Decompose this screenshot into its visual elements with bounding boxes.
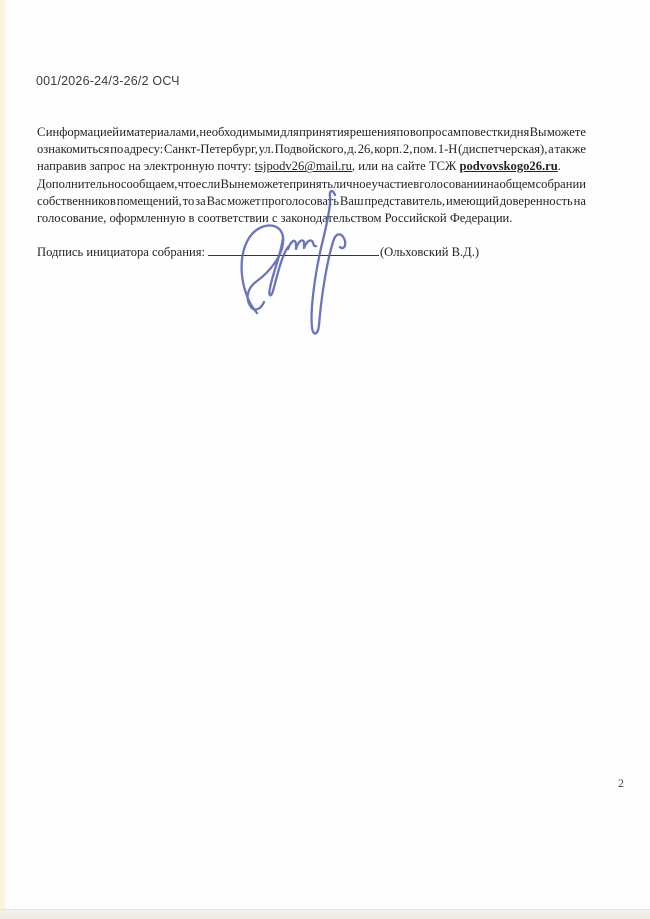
paragraph-line: ознакомиться по адресу: Санкт-Петербург,…: [37, 141, 586, 158]
paragraph-line: голосование, оформленную в соответствии …: [37, 210, 586, 227]
page-number: 2: [618, 776, 624, 791]
document-number: 001/2026-24/3-26/2 ОСЧ: [36, 74, 180, 88]
email-address: tsjpodv26@mail.ru: [255, 159, 352, 173]
paragraph-line: собственников помещений, то за Вас может…: [37, 193, 586, 210]
scan-edge-left: [0, 0, 8, 919]
document-page: 001/2026-24/3-26/2 ОСЧ С информацией и м…: [0, 0, 650, 919]
scan-edge-bottom: [0, 909, 650, 919]
body-text: С информацией и материалами, необходимым…: [37, 124, 586, 227]
signature-label: Подпись инициатора собрания:: [37, 245, 205, 259]
signature-blank-line: [208, 243, 379, 256]
paragraph-line: Дополнительно сообщаем, что если Вы не м…: [37, 176, 586, 193]
paragraph-line: С информацией и материалами, необходимым…: [37, 124, 586, 141]
signature-row: Подпись инициатора собрания:(Ольховский …: [37, 243, 479, 261]
signer-name: (Ольховский В.Д.): [380, 245, 479, 259]
website-address: podvovskogo26.ru: [459, 159, 557, 173]
signature-stroke-loop: [242, 225, 284, 313]
paragraph-line: направив запрос на электронную почту: ts…: [37, 158, 586, 175]
